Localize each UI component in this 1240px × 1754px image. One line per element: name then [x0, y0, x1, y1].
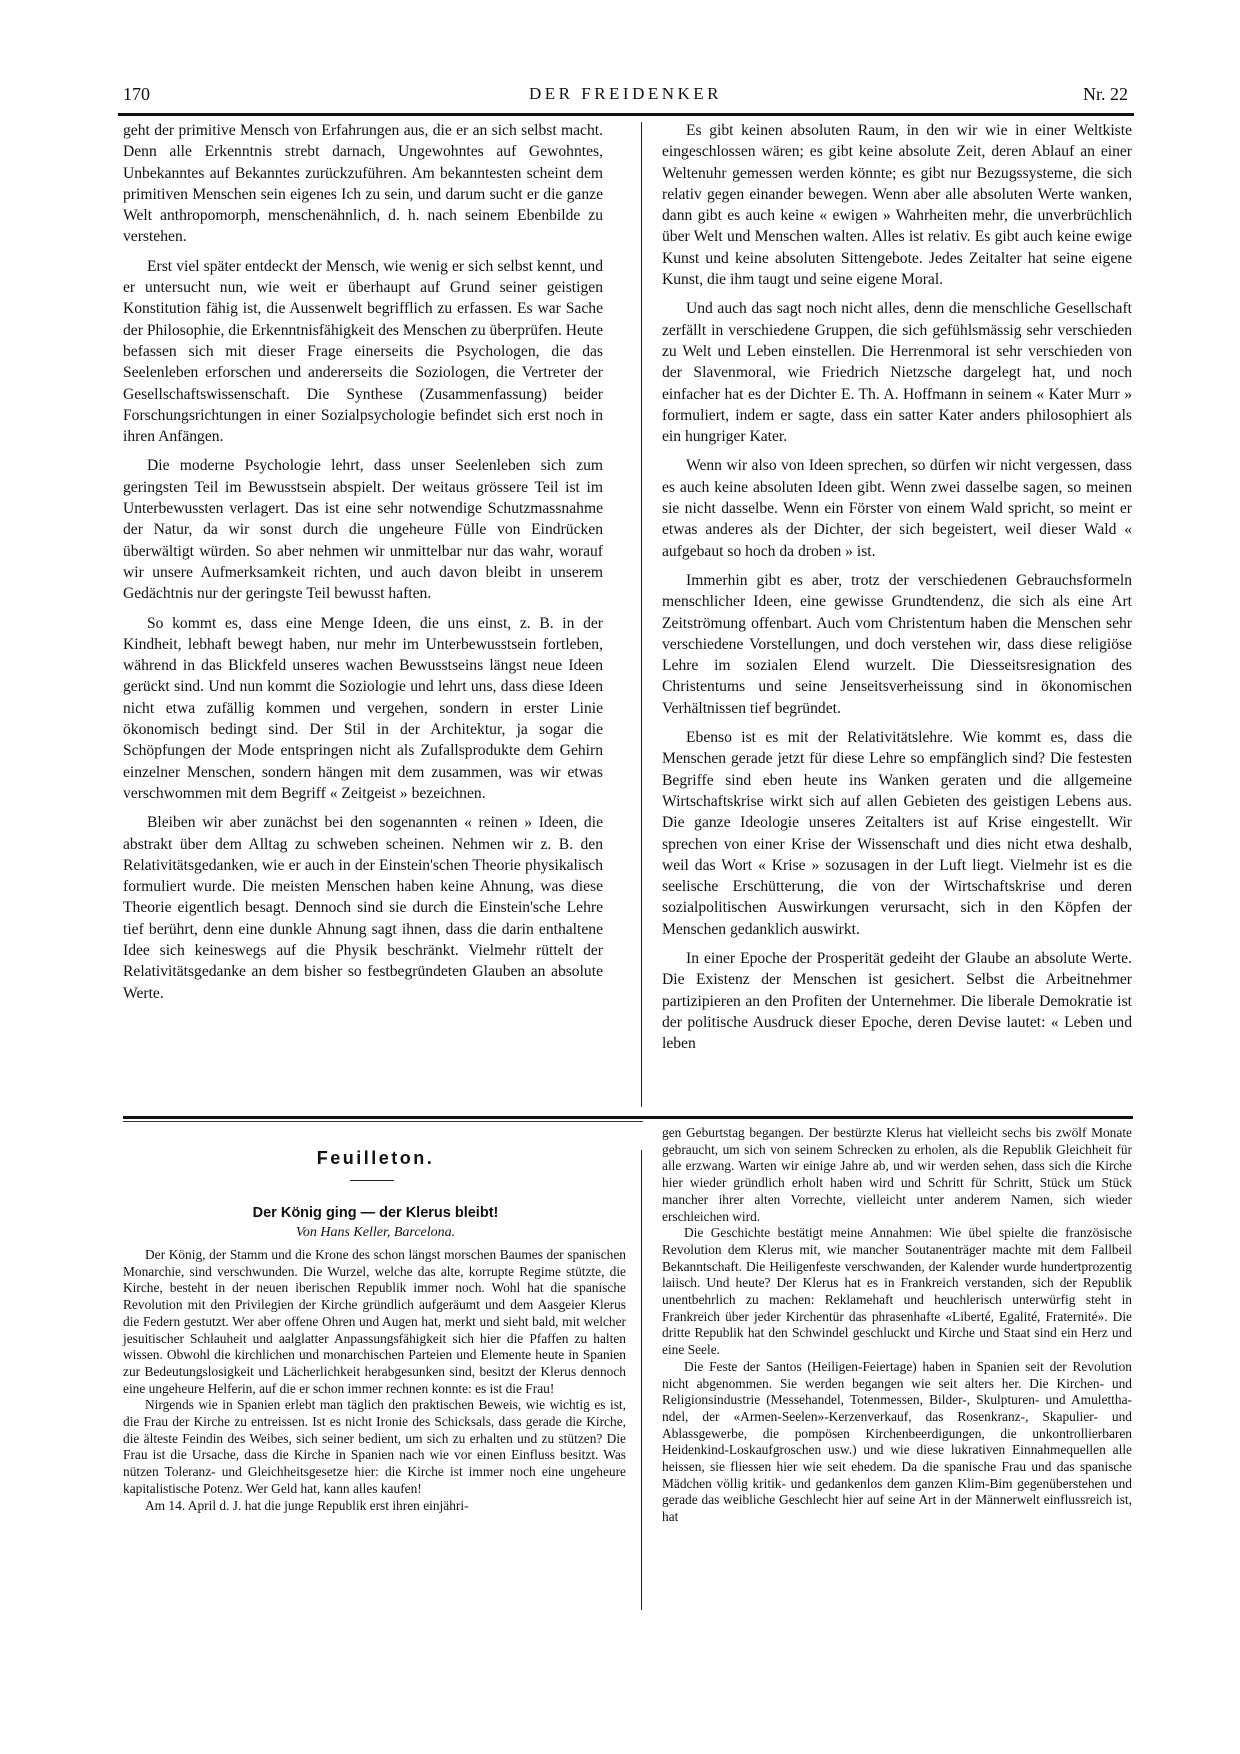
paragraph: Und auch das sagt noch nicht alles, denn…: [662, 298, 1132, 447]
paragraph: Immerhin gibt es aber, trotz der verschi…: [662, 570, 1132, 719]
paragraph: Es gibt keinen absoluten Raum, in den wi…: [662, 120, 1132, 290]
column-divider: [641, 1150, 642, 1610]
issue-number: Nr. 22: [1083, 84, 1128, 105]
section-rule-thin: [123, 1121, 643, 1122]
page-header: 170 DER FREIDENKER Nr. 22: [123, 84, 1128, 108]
article-byline: Von Hans Keller, Barcelona.: [123, 1225, 628, 1241]
paragraph: Die Geschichte bestätigt meine Annahmen:…: [662, 1225, 1132, 1359]
paragraph: Der König, der Stamm und die Krone des s…: [123, 1247, 626, 1397]
column-divider: [641, 122, 642, 1107]
paragraph: gen Geburtstag begangen. Der bestürzte K…: [662, 1125, 1132, 1225]
paragraph: Die moderne Psychologie lehrt, dass unse…: [123, 455, 603, 604]
paragraph: Bleiben wir aber zunächst bei den sogena…: [123, 812, 603, 1004]
feuilleton-left-column: Der König, der Stamm und die Krone des s…: [123, 1247, 626, 1514]
paragraph: Am 14. April d. J. hat die junge Republi…: [123, 1498, 626, 1515]
paragraph: Die Feste der Santos (Heiligen-Feiertage…: [662, 1359, 1132, 1526]
header-rule: [118, 113, 1134, 116]
main-left-column: geht der primitive Mensch von Erfahrunge…: [123, 120, 603, 1012]
newspaper-page: 170 DER FREIDENKER Nr. 22 geht der primi…: [0, 0, 1240, 1754]
article-title: Der König ging — der Klerus bleibt!: [123, 1205, 628, 1221]
feuilleton-heading: Feuilleton.: [123, 1148, 628, 1169]
paragraph: Nirgends wie in Spanien erlebt man tägli…: [123, 1397, 626, 1497]
paragraph: geht der primitive Mensch von Erfahrunge…: [123, 120, 603, 248]
heading-divider: [350, 1180, 394, 1181]
paragraph: In einer Epoche der Prosperität gedeiht …: [662, 948, 1132, 1054]
paragraph: Ebenso ist es mit der Relativitätslehre.…: [662, 727, 1132, 940]
main-right-column: Es gibt keinen absoluten Raum, in den wi…: [662, 120, 1132, 1062]
paragraph: Wenn wir also von Ideen sprechen, so dür…: [662, 455, 1132, 561]
paragraph: Erst viel später entdeckt der Mensch, wi…: [123, 256, 603, 448]
paragraph: So kommt es, dass eine Menge Ideen, die …: [123, 613, 603, 805]
section-rule: [123, 1116, 1133, 1119]
feuilleton-right-column: gen Geburtstag begangen. Der bestürzte K…: [662, 1125, 1132, 1526]
journal-title: DER FREIDENKER: [123, 84, 1128, 104]
